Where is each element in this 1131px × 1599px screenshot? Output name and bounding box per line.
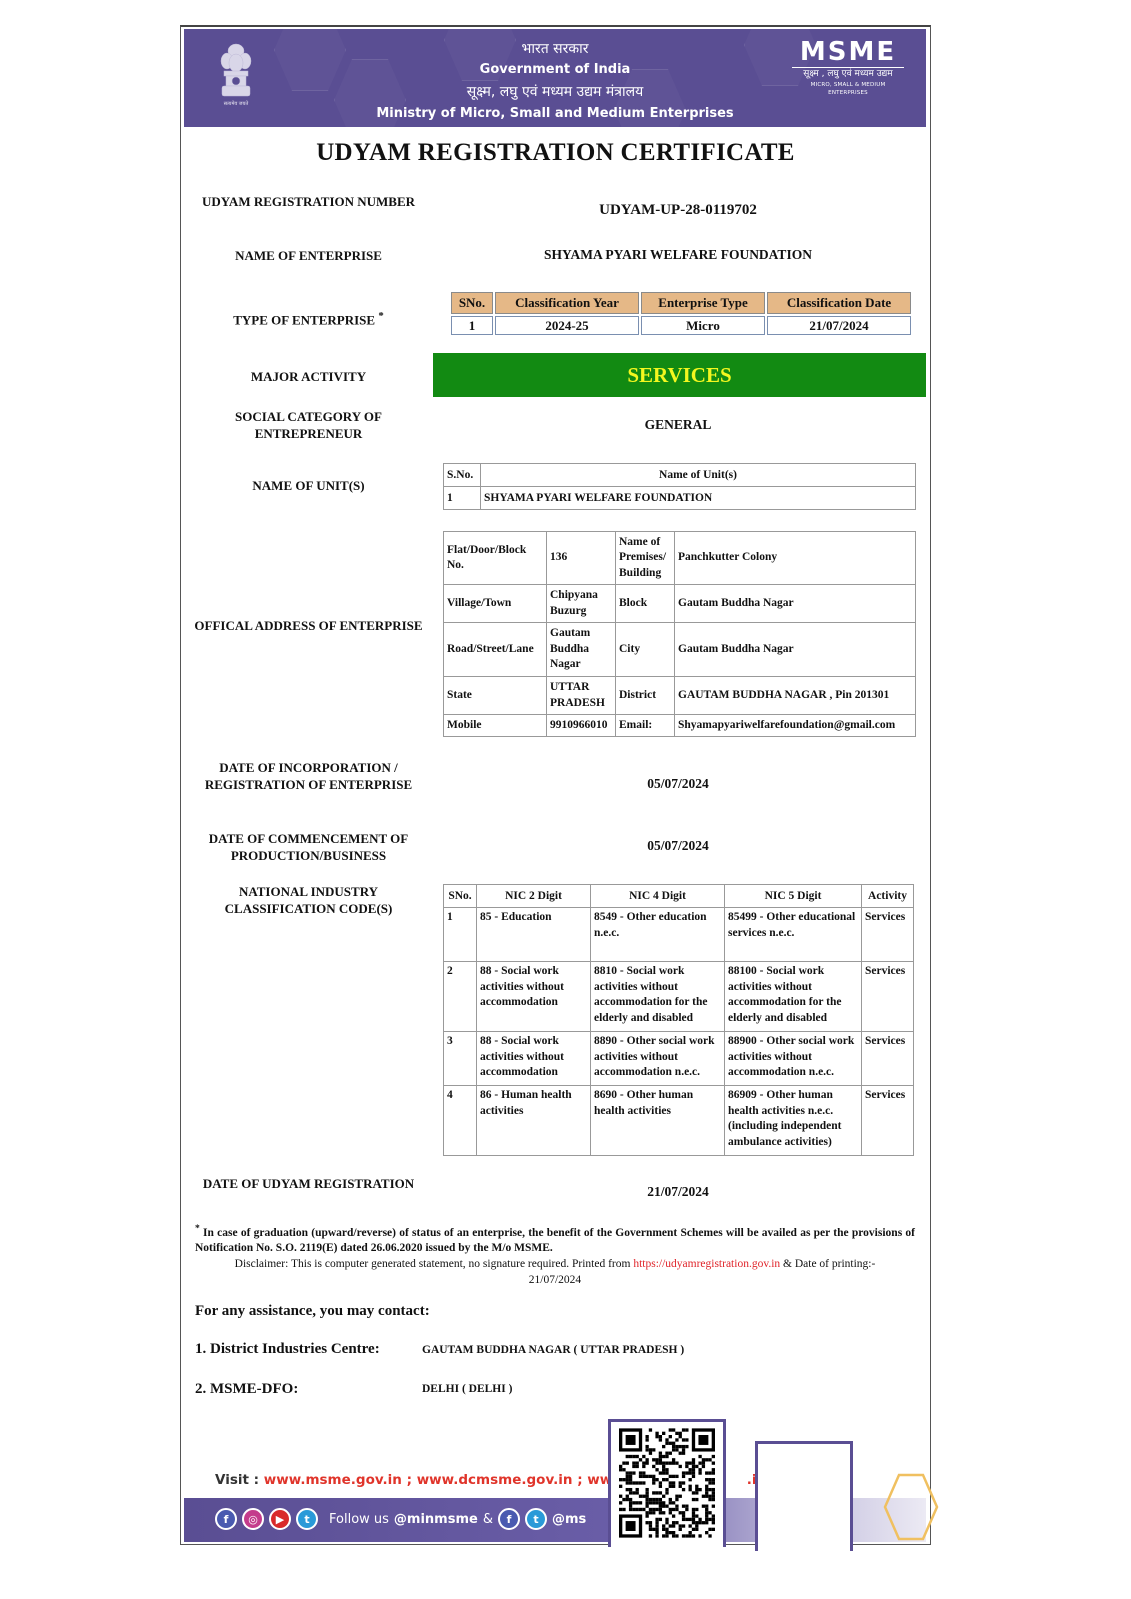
asterisk-mark: * [195, 1223, 200, 1234]
cell-nic-2: 86 - Human health activities [477, 1086, 591, 1156]
facebook-icon[interactable]: f [498, 1508, 520, 1530]
table-row: 1 SHYAMA PYARI WELFARE FOUNDATION [444, 487, 916, 510]
msme-logo-word: MSME [792, 39, 904, 68]
nic-header-row: SNo. NIC 2 Digit NIC 4 Digit NIC 5 Digit… [444, 885, 914, 908]
cell-sno: 1 [444, 908, 477, 962]
msme-logo-hindi: सूक्ष्म , लघु एवं मध्यम उद्यम [792, 68, 904, 81]
dic-value: GAUTAM BUDDHA NAGAR ( UTTAR PRADESH ) [422, 1344, 684, 1356]
table-row: Road/Street/Lane Gautam Buddha Nagar Cit… [444, 623, 916, 677]
photo-placeholder-frame [755, 1441, 853, 1551]
address-label: OFFICAL ADDRESS OF ENTERPRISE [191, 617, 426, 634]
reg-number-label: UDYAM REGISTRATION NUMBER [191, 193, 426, 210]
cell-nic-2: 88 - Social work activities without acco… [477, 962, 591, 1032]
addr-key: Flat/Door/Block No. [444, 532, 547, 585]
visit-label: Visit : [215, 1472, 264, 1488]
addr-key: City [616, 623, 675, 677]
msme-dfo-value: DELHI ( DELHI ) [422, 1383, 512, 1395]
col-sno: SNo. [444, 885, 477, 908]
units-label: NAME OF UNIT(S) [191, 477, 426, 494]
col-nic-4-digit: NIC 4 Digit [591, 885, 725, 908]
msme-dfo-label: 2. MSME-DFO: [195, 1381, 298, 1398]
graduation-note-text: In case of graduation (upward/reverse) o… [195, 1227, 915, 1255]
col-sno: S.No. [444, 464, 481, 487]
cell-unit-name: SHYAMA PYARI WELFARE FOUNDATION [481, 487, 916, 510]
table-row: 1 2024-25 Micro 21/07/2024 [451, 316, 911, 335]
table-row: 3 88 - Social work activities without ac… [444, 1032, 914, 1086]
msme-logo-english: MICRO, SMALL & MEDIUM ENTERPRISES [792, 81, 904, 97]
udyam-date-label: DATE OF UDYAM REGISTRATION [191, 1175, 426, 1192]
addr-value: Gautam Buddha Nagar [547, 623, 616, 677]
social-category-value: GENERAL [433, 417, 923, 433]
incorporation-value: 05/07/2024 [433, 776, 923, 792]
table-row: 2 88 - Social work activities without ac… [444, 962, 914, 1032]
addr-value: 9910966010 [547, 715, 616, 737]
cell-nic-2: 85 - Education [477, 908, 591, 962]
facebook-icon[interactable]: f [215, 1508, 237, 1530]
cell-sno: 1 [444, 487, 481, 510]
follow-text: Follow us [329, 1512, 389, 1527]
cell-nic-4: 8810 - Social work activities without ac… [591, 962, 725, 1032]
addr-value: Panchkutter Colony [675, 532, 916, 585]
addr-value: Shyamapyariwelfarefoundation@gmail.com [675, 715, 916, 737]
disclaimer-text: Disclaimer: This is computer generated s… [235, 1258, 634, 1270]
units-table: S.No. Name of Unit(s) 1 SHYAMA PYARI WEL… [443, 463, 916, 510]
nic-table: SNo. NIC 2 Digit NIC 4 Digit NIC 5 Digit… [443, 884, 914, 1156]
table-row: State UTTAR PRADESH District GAUTAM BUDD… [444, 677, 916, 715]
assistance-heading: For any assistance, you may contact: [195, 1303, 430, 1320]
cell-classification-year: 2024-25 [495, 316, 639, 335]
commencement-value: 05/07/2024 [433, 838, 923, 854]
units-header-row: S.No. Name of Unit(s) [444, 464, 916, 487]
addr-value: 136 [547, 532, 616, 585]
major-activity-value: SERVICES [433, 353, 926, 397]
twitter-icon[interactable]: t [525, 1508, 547, 1530]
certificate-title: UDYAM REGISTRATION CERTIFICATE [181, 139, 930, 167]
cell-activity: Services [862, 908, 914, 962]
addr-key: District [616, 677, 675, 715]
hexagon-decoration-icon [881, 1467, 941, 1547]
incorporation-label: DATE OF INCORPORATION / REGISTRATION OF … [191, 759, 426, 793]
instagram-icon[interactable]: ◎ [242, 1508, 264, 1530]
udyam-portal-link[interactable]: https://udyamregistration.gov.in [633, 1258, 780, 1270]
cell-nic-5: 88100 - Social work activities without a… [725, 962, 862, 1032]
certificate-page: सत्यमेव जयते भारत सरकार Government of In… [180, 25, 931, 1545]
addr-key: Block [616, 585, 675, 623]
enterprise-type-label: TYPE OF ENTERPRISE * [191, 308, 426, 328]
cell-nic-4: 8890 - Other social work activities with… [591, 1032, 725, 1086]
cell-nic-2: 88 - Social work activities without acco… [477, 1032, 591, 1086]
col-classification-date: Classification Date [767, 292, 911, 314]
disclaimer-suffix: & Date of printing:- [780, 1258, 875, 1270]
cell-enterprise-type: Micro [641, 316, 765, 335]
cell-nic-5: 85499 - Other educational services n.e.c… [725, 908, 862, 962]
cell-sno: 4 [444, 1086, 477, 1156]
addr-value: Gautam Buddha Nagar [675, 623, 916, 677]
social-category-label: SOCIAL CATEGORY OF ENTREPRENEUR [191, 408, 426, 442]
ampersand: & [483, 1512, 493, 1527]
table-row: Flat/Door/Block No. 136 Name of Premises… [444, 532, 916, 585]
visit-urls[interactable]: www.msme.gov.in ; www.dcmsme.gov.in ; ww… [264, 1472, 625, 1488]
handle-second[interactable]: @ms [552, 1512, 586, 1527]
col-nic-5-digit: NIC 5 Digit [725, 885, 862, 908]
cell-sno: 2 [444, 962, 477, 1032]
cell-sno: 3 [444, 1032, 477, 1086]
twitter-icon[interactable]: t [296, 1508, 318, 1530]
classification-table: SNo. Classification Year Enterprise Type… [449, 290, 913, 337]
col-activity: Activity [862, 885, 914, 908]
col-sno: SNo. [451, 292, 493, 314]
asterisk-mark: * [378, 310, 383, 322]
addr-key: State [444, 677, 547, 715]
cell-nic-4: 8549 - Other education n.e.c. [591, 908, 725, 962]
enterprise-type-label-text: TYPE OF ENTERPRISE [233, 312, 375, 327]
addr-key: Name of Premises/ Building [616, 532, 675, 585]
address-table: Flat/Door/Block No. 136 Name of Premises… [443, 531, 916, 737]
table-row: Village/Town Chipyana Buzurg Block Gauta… [444, 585, 916, 623]
cell-classification-date: 21/07/2024 [767, 316, 911, 335]
qr-code-frame [608, 1419, 726, 1547]
reg-number-value: UDYAM-UP-28-0119702 [433, 202, 923, 219]
youtube-icon[interactable]: ▶ [269, 1508, 291, 1530]
table-row: 4 86 - Human health activities 8690 - Ot… [444, 1086, 914, 1156]
addr-value: GAUTAM BUDDHA NAGAR , Pin 201301 [675, 677, 916, 715]
ministry-english: Ministry of Micro, Small and Medium Ente… [184, 103, 926, 125]
classification-header-row: SNo. Classification Year Enterprise Type… [451, 292, 911, 314]
header-banner: सत्यमेव जयते भारत सरकार Government of In… [184, 29, 926, 127]
msme-logo: MSME सूक्ष्म , लघु एवं मध्यम उद्यम MICRO… [792, 39, 904, 97]
qr-code-icon[interactable] [619, 1428, 715, 1538]
cell-nic-5: 86909 - Other human health activities n.… [725, 1086, 862, 1156]
table-row: 1 85 - Education 8549 - Other education … [444, 908, 914, 962]
cell-activity: Services [862, 962, 914, 1032]
cell-activity: Services [862, 1032, 914, 1086]
addr-key: Email: [616, 715, 675, 737]
udyam-date-value: 21/07/2024 [433, 1184, 923, 1200]
cell-nic-4: 8690 - Other human health activities [591, 1086, 725, 1156]
commencement-label: DATE OF COMMENCEMENT OF PRODUCTION/BUSIN… [191, 830, 426, 864]
addr-key: Mobile [444, 715, 547, 737]
addr-value: UTTAR PRADESH [547, 677, 616, 715]
major-activity-label: MAJOR ACTIVITY [191, 368, 426, 385]
addr-value: Gautam Buddha Nagar [675, 585, 916, 623]
cell-nic-5: 88900 - Other social work activities wit… [725, 1032, 862, 1086]
nic-label: NATIONAL INDUSTRY CLASSIFICATION CODE(S) [191, 883, 426, 917]
enterprise-name-label: NAME OF ENTERPRISE [191, 247, 426, 264]
dic-label: 1. District Industries Centre: [195, 1341, 380, 1358]
handle-minmsme[interactable]: @minmsme [394, 1512, 478, 1527]
addr-key: Road/Street/Lane [444, 623, 547, 677]
enterprise-name-value: SHYAMA PYARI WELFARE FOUNDATION [433, 247, 923, 263]
cell-activity: Services [862, 1086, 914, 1156]
addr-key: Village/Town [444, 585, 547, 623]
col-nic-2-digit: NIC 2 Digit [477, 885, 591, 908]
printing-date: 21/07/2024 [529, 1274, 581, 1286]
table-row: Mobile 9910966010 Email: Shyamapyariwelf… [444, 715, 916, 737]
col-unit-name: Name of Unit(s) [481, 464, 916, 487]
graduation-note: * In case of graduation (upward/reverse)… [195, 1221, 915, 1257]
social-links: f ◎ ▶ t Follow us @minmsme & f t @ms [215, 1508, 586, 1530]
addr-value: Chipyana Buzurg [547, 585, 616, 623]
col-classification-year: Classification Year [495, 292, 639, 314]
col-enterprise-type: Enterprise Type [641, 292, 765, 314]
cell-sno: 1 [451, 316, 493, 335]
disclaimer: Disclaimer: This is computer generated s… [195, 1257, 915, 1288]
